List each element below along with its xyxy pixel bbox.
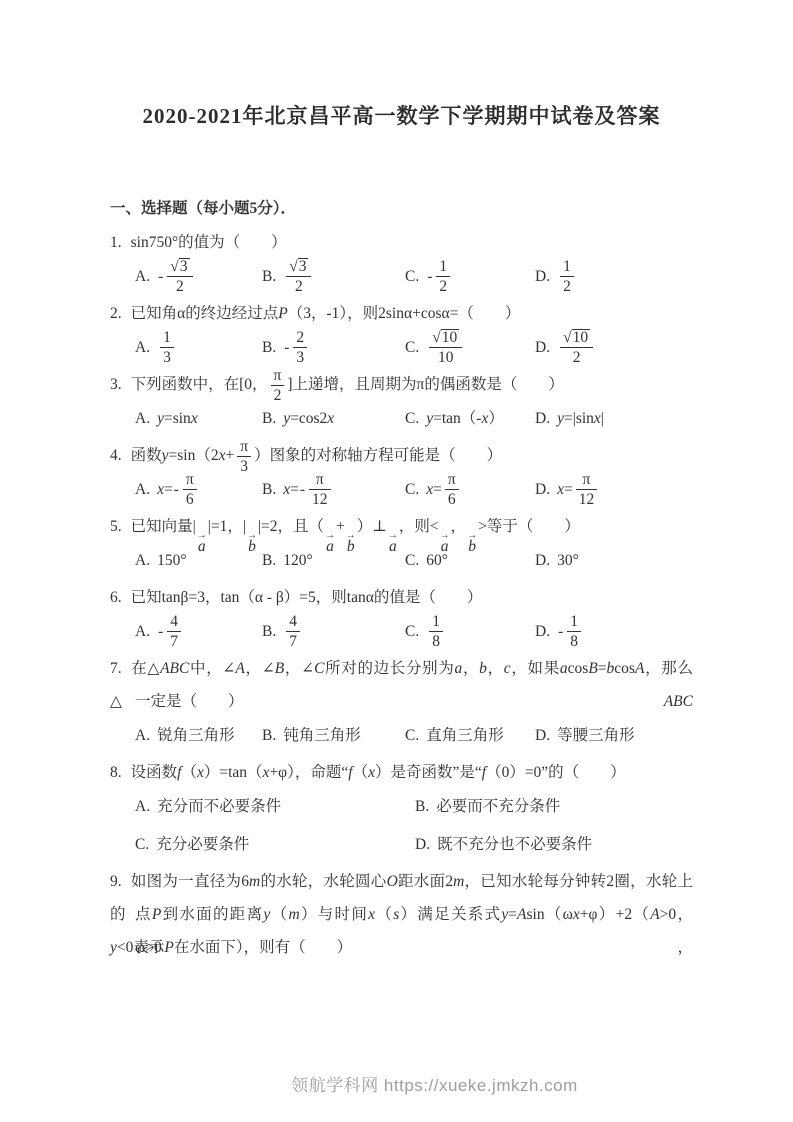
fraction: 12	[436, 258, 450, 295]
fraction: 18	[567, 613, 581, 650]
question-line: 1.sin750°的值为（ ）	[110, 226, 693, 259]
option-c: C.y=tan（-x）	[405, 402, 535, 435]
radicand: 3	[179, 258, 190, 274]
option-label: B.	[262, 260, 276, 293]
math-variable: x	[594, 402, 601, 435]
option-d: D.30°	[535, 544, 693, 577]
fraction-denominator: 2	[436, 277, 450, 295]
question-number: 8.	[110, 764, 122, 781]
option-label: C.	[405, 473, 419, 506]
fraction-denominator: 3	[160, 348, 174, 366]
question-line: 9.如图为一直径为6m的水轮，水轮圆心O距水面2m，已知水轮每分钟转2圈，水轮上…	[110, 865, 693, 898]
question-5: 5.已知向量|→a|=1，|→b|=2，且（→a+→b）⊥→a，则<→a，→b>…	[110, 510, 693, 577]
option-label: B.	[415, 790, 429, 823]
option-b: B.y=cos2x	[262, 402, 405, 435]
question-number: 5.	[110, 518, 122, 535]
fraction-denominator: 8	[429, 632, 443, 650]
fraction-denominator: 2	[292, 277, 306, 295]
fraction: π12	[576, 471, 598, 508]
option-label: C.	[405, 402, 419, 435]
option-d: D.-18	[535, 615, 693, 648]
fraction-numerator: 1	[436, 258, 450, 276]
question-number: 7.	[110, 660, 122, 677]
sqrt-icon: √	[170, 259, 179, 275]
fraction: π6	[183, 471, 197, 508]
options-row: A.-√32B.√32C.-12D.12	[135, 259, 693, 293]
math-variable: y	[426, 402, 433, 435]
minus-sign: -	[558, 615, 563, 648]
math-variable: m	[453, 873, 464, 890]
fraction-denominator: 7	[167, 632, 181, 650]
fraction-numerator: 4	[286, 613, 300, 631]
option-a: A.-47	[135, 615, 262, 648]
fraction: π12	[309, 471, 331, 508]
fraction: π2	[271, 367, 285, 404]
math-variable: m	[249, 873, 260, 890]
math-variable: x	[283, 473, 290, 506]
fraction-numerator: √10	[560, 328, 593, 347]
math-variable: b	[607, 660, 615, 677]
fraction-numerator: π	[271, 367, 285, 385]
options-row: A.13B.-23C.√1010D.√102	[135, 330, 693, 364]
option-label: C.	[405, 331, 419, 364]
math-variable: x	[197, 764, 204, 781]
option-b: B.x= -π12	[262, 473, 405, 506]
option-c: C.18	[405, 615, 535, 648]
option-label: B.	[262, 473, 276, 506]
radicand: 3	[298, 258, 309, 274]
math-variable: y	[501, 906, 508, 923]
option-c: C.√1010	[405, 331, 535, 364]
math-variable: P	[152, 906, 161, 923]
math-variable: P	[164, 939, 173, 956]
math-variable: x	[368, 906, 375, 923]
fraction-denominator: 2	[173, 277, 187, 295]
question-number: 9.	[110, 873, 122, 890]
option-label: D.	[415, 828, 430, 861]
option-label: C.	[405, 544, 419, 577]
fraction: √32	[286, 257, 311, 295]
question-7: 7.在△ABC中，∠A，∠B，∠C所对的边长分别为a，b，c，如果acosB=b…	[110, 652, 693, 752]
fraction-denominator: 12	[576, 490, 598, 508]
question-line: 点P到水面的距离y（m）与时间x（s）满足关系式y=Asin（ωx+φ）+2（A…	[110, 898, 693, 931]
question-8: 8.设函数f（x）=tan（x+φ），命题“f（x）是奇函数”是“f（0）=0”…	[110, 756, 693, 861]
fraction-numerator: 2	[293, 329, 307, 347]
fraction: √1010	[429, 328, 462, 366]
question-line: 7.在△ABC中，∠A，∠B，∠C所对的边长分别为a，b，c，如果acosB=b…	[110, 652, 693, 685]
math-variable: f	[348, 764, 352, 781]
math-variable: s	[393, 906, 399, 923]
option-a: A.x= -π6	[135, 473, 262, 506]
options-row: A.锐角三角形B.钝角三角形C.直角三角形D.等腰三角形	[135, 718, 693, 752]
math-variable: x	[426, 473, 433, 506]
question-4: 4.函数y=sin（2x+π3）图象的对称轴方程可能是（ ）A.x= -π6B.…	[110, 439, 693, 506]
option-label: B.	[262, 615, 276, 648]
math-variable: x	[219, 447, 226, 464]
fraction-numerator: 4	[167, 613, 181, 631]
option-label: C.	[405, 615, 419, 648]
math-variable: x	[191, 402, 198, 435]
math-variable: x	[263, 764, 270, 781]
option-a: A.13	[135, 331, 262, 364]
option-label: C.	[135, 828, 149, 861]
question-number: 2.	[110, 305, 122, 322]
fraction-numerator: π	[237, 438, 251, 456]
option-b: B.-23	[262, 331, 405, 364]
option-label: D.	[535, 473, 550, 506]
question-9: 9.如图为一直径为6m的水轮，水轮圆心O距水面2m，已知水轮每分钟转2圈，水轮上…	[110, 865, 693, 964]
option-d: D.√102	[535, 331, 693, 364]
fraction-numerator: 1	[567, 613, 581, 631]
option-d: D.既不充分也不必要条件	[415, 827, 693, 861]
option-b: B.√32	[262, 260, 405, 293]
math-variable: y	[263, 906, 270, 923]
option-label: A.	[135, 615, 150, 648]
math-variable: a	[560, 660, 568, 677]
option-label: D.	[535, 544, 550, 577]
section-heading: 一、选择题（每小题5分）．	[110, 196, 693, 222]
footer-watermark: 领航学科网 https://xueke.jmkzh.com	[38, 1071, 793, 1096]
math-variable: f	[482, 764, 486, 781]
fraction-denominator: 6	[183, 490, 197, 508]
math-variable: y	[283, 402, 290, 435]
minus-sign: -	[284, 331, 289, 364]
option-label: A.	[135, 719, 150, 752]
math-variable: f	[177, 764, 181, 781]
sqrt-icon: √	[432, 330, 441, 346]
question-6: 6.已知tanβ=3，tan（α - β）=5，则tanα的值是（ ）A.-47…	[110, 581, 693, 648]
option-a: A.y=sinx	[135, 402, 262, 435]
minus-sign: -	[300, 473, 305, 506]
math-variable: y	[110, 939, 117, 956]
option-label: A.	[135, 402, 150, 435]
option-b: B.钝角三角形	[262, 719, 405, 752]
question-1: 1.sin750°的值为（ ）A.-√32B.√32C.-12D.12	[110, 226, 693, 293]
options-row: A.充分而不必要条件B.必要而不充分条件C.充分必要条件D.既不充分也不必要条件	[135, 789, 693, 861]
sqrt-icon: √	[289, 259, 298, 275]
math-variable: y	[157, 402, 164, 435]
options-row: A.150°B.120°C.60°D.30°	[135, 543, 693, 577]
math-variable: m	[288, 906, 299, 923]
options-row: A.x= -π6B.x= -π12C.x=π6D.x=π12	[135, 472, 693, 506]
math-variable: B	[275, 660, 284, 677]
math-variable: C	[314, 660, 324, 677]
option-label: D.	[535, 719, 550, 752]
question-line: 8.设函数f（x）=tan（x+φ），命题“f（x）是奇函数”是“f（0）=0”…	[110, 756, 693, 789]
option-c: C.x=π6	[405, 473, 535, 506]
option-label: B.	[262, 402, 276, 435]
option-label: A.	[135, 260, 150, 293]
option-b: B.必要而不充分条件	[415, 789, 693, 823]
math-variable: P	[278, 305, 287, 322]
math-variable: a	[455, 660, 463, 677]
option-b: B.47	[262, 615, 405, 648]
fraction-denominator: 2	[570, 348, 584, 366]
fraction: √32	[167, 257, 192, 295]
math-variable: x	[157, 473, 164, 506]
fraction-numerator: π	[183, 471, 197, 489]
option-label: C.	[405, 260, 419, 293]
option-d: D.y=|sinx|	[535, 402, 693, 435]
question-number: 4.	[110, 447, 122, 464]
option-a: A.锐角三角形	[135, 719, 262, 752]
fraction-denominator: 2	[560, 277, 574, 295]
question-3: 3.下列函数中，在[0，π2]上递增，且周期为π的偶函数是（ ）A.y=sinx…	[110, 368, 693, 435]
question-line: 2.已知角α的终边经过点P（3，-1），则2sinα+cosα=（ ）	[110, 297, 693, 330]
fraction: √102	[560, 328, 593, 366]
math-variable: A	[650, 906, 659, 923]
math-variable: x	[368, 764, 375, 781]
option-c: C.充分必要条件	[135, 827, 415, 861]
math-variable: ABC	[664, 693, 693, 710]
question-number: 6.	[110, 589, 122, 606]
math-variable: ABC	[160, 660, 189, 677]
fraction: π6	[445, 471, 459, 508]
option-d: D.x=π12	[535, 473, 693, 506]
fraction: 47	[167, 613, 181, 650]
question-2: 2.已知角α的终边经过点P（3，-1），则2sinα+cosα=（ ）A.13B…	[110, 297, 693, 364]
minus-sign: -	[427, 260, 432, 293]
fraction: 47	[286, 613, 300, 650]
question-line: 3.下列函数中，在[0，π2]上递增，且周期为π的偶函数是（ ）	[110, 368, 693, 401]
options-row: A.y=sinxB.y=cos2xC.y=tan（-x）D.y=|sinx|	[135, 401, 693, 435]
question-line: 4.函数y=sin（2x+π3）图象的对称轴方程可能是（ ）	[110, 439, 693, 472]
fraction: 23	[293, 329, 307, 366]
math-variable: x	[573, 906, 580, 923]
option-label: C.	[405, 719, 419, 752]
page-title: 2020-2021年北京昌平高一数学下学期期中试卷及答案	[110, 0, 693, 130]
math-variable: b	[479, 660, 487, 677]
math-variable: y	[557, 402, 564, 435]
option-d: D.12	[535, 260, 693, 293]
math-variable: A	[517, 906, 526, 923]
option-label: D.	[535, 402, 550, 435]
option-label: D.	[535, 260, 550, 293]
fraction-numerator: √3	[167, 257, 192, 276]
fraction-numerator: π	[580, 471, 594, 489]
question-number: 3.	[110, 376, 122, 393]
minus-sign: -	[158, 260, 163, 293]
option-a: A.-√32	[135, 260, 262, 293]
fraction-numerator: 1	[160, 329, 174, 347]
fraction-numerator: 1	[429, 613, 443, 631]
math-variable: c	[504, 660, 511, 677]
math-variable: A	[235, 660, 244, 677]
fraction-numerator: √10	[429, 328, 462, 347]
option-c: C.直角三角形	[405, 719, 535, 752]
option-label: A.	[135, 331, 150, 364]
math-variable: x	[481, 402, 488, 435]
minus-sign: -	[158, 615, 163, 648]
fraction: 12	[560, 258, 574, 295]
fraction: 18	[429, 613, 443, 650]
minus-sign: -	[174, 473, 179, 506]
fraction-denominator: 6	[445, 490, 459, 508]
fraction-denominator: 3	[293, 348, 307, 366]
fraction-numerator: π	[313, 471, 327, 489]
question-number: 1.	[110, 234, 122, 251]
fraction-numerator: 1	[560, 258, 574, 276]
math-variable: x	[557, 473, 564, 506]
fraction-numerator: √3	[286, 257, 311, 276]
option-label: A.	[135, 473, 150, 506]
fraction-denominator: 12	[309, 490, 331, 508]
radicand: 10	[572, 329, 591, 345]
fraction-denominator: 8	[567, 632, 581, 650]
option-label: B.	[262, 544, 276, 577]
question-line: 6.已知tanβ=3，tan（α - β）=5，则tanα的值是（ ）	[110, 581, 693, 614]
option-b: B.120°	[262, 544, 405, 577]
option-a: A.150°	[135, 544, 262, 577]
fraction-denominator: 7	[286, 632, 300, 650]
option-label: D.	[535, 615, 550, 648]
fraction: π3	[237, 438, 251, 475]
option-c: C.-12	[405, 260, 535, 293]
option-label: B.	[262, 331, 276, 364]
radicand: 10	[441, 329, 460, 345]
question-line: 5.已知向量|→a|=1，|→b|=2，且（→a+→b）⊥→a，则<→a，→b>…	[110, 510, 693, 543]
option-label: D.	[535, 331, 550, 364]
sqrt-icon: √	[563, 330, 572, 346]
math-variable: y	[162, 447, 169, 464]
option-label: A.	[135, 544, 150, 577]
fraction-denominator: 10	[435, 348, 457, 366]
math-variable: A	[635, 660, 644, 677]
option-c: C.60°	[405, 544, 535, 577]
options-row: A.-47B.47C.18D.-18	[135, 614, 693, 648]
math-variable: B	[588, 660, 597, 677]
math-variable: x	[327, 402, 334, 435]
option-label: B.	[262, 719, 276, 752]
math-variable: O	[387, 873, 398, 890]
option-a: A.充分而不必要条件	[135, 789, 415, 823]
fraction: 13	[160, 329, 174, 366]
document-page: 2020-2021年北京昌平高一数学下学期期中试卷及答案 一、选择题（每小题5分…	[0, 0, 793, 964]
fraction-numerator: π	[445, 471, 459, 489]
footer-text: 领航学科网 https://xueke.jmkzh.com	[291, 1076, 578, 1095]
option-label: A.	[135, 790, 150, 823]
option-d: D.等腰三角形	[535, 719, 693, 752]
question-list: 1.sin750°的值为（ ）A.-√32B.√32C.-12D.122.已知角…	[110, 226, 693, 964]
